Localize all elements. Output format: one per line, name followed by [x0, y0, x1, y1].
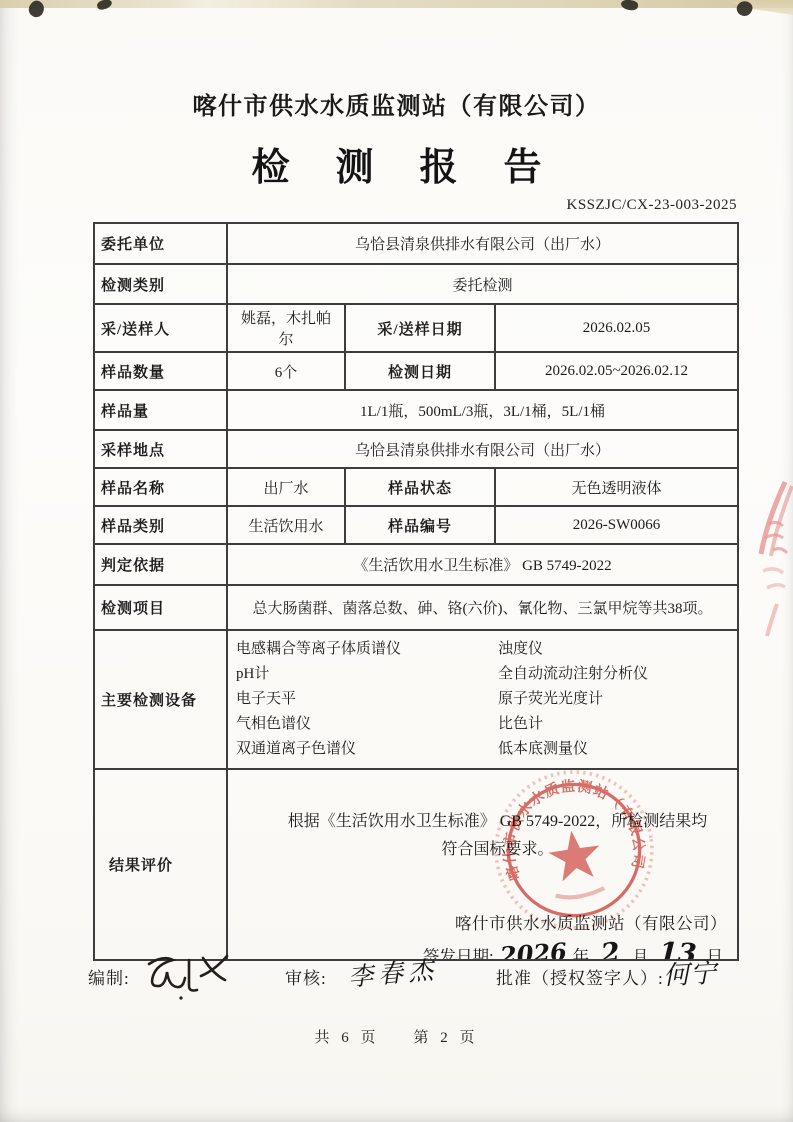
report-table: 委托单位 乌恰县清泉供排水有限公司（出厂水） 检测类别 委托检测 采/送样人 姚…: [93, 222, 739, 961]
table-row: 主要检测设备 电感耦合等离子体质谱仪 pH计 电子天平 气相色谱仪 双通道离子色…: [94, 630, 738, 769]
value-sample-state: 无色透明液体: [495, 468, 738, 506]
table-row: 结果评价 根据《生活饮用水卫生标准》 GB 5749-2022，所检测结果均符合…: [94, 769, 738, 960]
value-sampling-date: 2026.02.05: [495, 304, 738, 352]
value-result: 根据《生活饮用水卫生标准》 GB 5749-2022，所检测结果均符合国标要求。…: [227, 769, 738, 960]
equipment-item: 原子荧光光度计: [498, 687, 731, 712]
approve-signature: 何宁: [662, 953, 718, 993]
table-row: 判定依据 《生活饮用水卫生标准》 GB 5749-2022: [94, 544, 738, 585]
table-row: 检测项目 总大肠菌群、菌落总数、砷、铬(六价)、氰化物、三氯甲烷等共38项。: [94, 585, 738, 630]
table-row: 样品量 1L/1瓶，500mL/3瓶，3L/1桶，5L/1桶: [94, 390, 738, 430]
label-test-date: 检测日期: [345, 352, 495, 390]
label-judgment-basis: 判定依据: [94, 544, 227, 585]
label-sampler: 采/送样人: [94, 304, 227, 352]
equipment-column-right: 浊度仪 全自动流动注射分析仪 原子荧光光度计 比色计 低本底测量仪: [498, 637, 731, 762]
value-sample-no: 2026-SW0066: [495, 506, 738, 544]
scanned-page: 喀什市供水水质监测站（有限公司） 检测报告 KSSZJC/CX-23-003-2…: [0, 0, 793, 1122]
label-sample-no: 样品编号: [345, 506, 495, 544]
value-sample-name: 出厂水: [227, 468, 345, 506]
label-sampling-site: 采样地点: [94, 430, 227, 468]
review-label: 审核:: [285, 964, 327, 989]
preparer-signature-scribble: [143, 950, 238, 1002]
equipment-item: 双通道离子色谱仪: [236, 737, 498, 762]
equipment-column-left: 电感耦合等离子体质谱仪 pH计 电子天平 气相色谱仪 双通道离子色谱仪: [236, 637, 498, 762]
value-test-date: 2026.02.05~2026.02.12: [495, 352, 738, 390]
equipment-item: 电感耦合等离子体质谱仪: [236, 637, 498, 662]
label-test-items: 检测项目: [94, 585, 227, 630]
result-organization: 喀什市供水水质监测站（有限公司）: [455, 910, 727, 934]
value-judgment-basis: 《生活饮用水卫生标准》 GB 5749-2022: [227, 544, 738, 585]
value-sample-category: 生活饮用水: [227, 506, 345, 544]
label-sample-state: 样品状态: [345, 468, 495, 506]
signature-row: 编制: 审核: 李春杰 批准（授权签字人）: 何宁: [88, 952, 738, 1012]
review-signature: 李春杰: [347, 950, 440, 994]
equipment-columns: 电感耦合等离子体质谱仪 pH计 电子天平 气相色谱仪 双通道离子色谱仪 浊度仪 …: [234, 633, 731, 766]
label-sampling-date: 采/送样日期: [345, 304, 495, 352]
equipment-item: 比色计: [498, 712, 731, 737]
equipment-item: 气相色谱仪: [236, 712, 498, 737]
label-result: 结果评价: [94, 769, 227, 960]
label-sample-name: 样品名称: [94, 468, 227, 506]
table-row: 委托单位 乌恰县清泉供排水有限公司（出厂水）: [94, 223, 738, 264]
table-row: 样品名称 出厂水 样品状态 无色透明液体: [94, 468, 738, 506]
value-equipment: 电感耦合等离子体质谱仪 pH计 电子天平 气相色谱仪 双通道离子色谱仪 浊度仪 …: [227, 630, 738, 769]
table-row: 样品类别 生活饮用水 样品编号 2026-SW0066: [94, 506, 738, 544]
value-sample-count: 6个: [227, 352, 345, 390]
label-sample-category: 样品类别: [94, 506, 227, 544]
table-row: 样品数量 6个 检测日期 2026.02.05~2026.02.12: [94, 352, 738, 390]
report-title: 检测报告: [0, 136, 793, 191]
table-row: 采样地点 乌恰县清泉供排水有限公司（出厂水）: [94, 430, 738, 468]
report-title-text: 检测报告: [251, 147, 587, 189]
equipment-item: 电子天平: [236, 687, 498, 712]
table-row: 采/送样人 姚磊，木扎帕尔 采/送样日期 2026.02.05: [94, 304, 738, 352]
equipment-item: pH计: [236, 662, 498, 687]
value-sampling-site: 乌恰县清泉供排水有限公司（出厂水）: [227, 430, 738, 468]
label-sample-volume: 样品量: [94, 390, 227, 430]
value-sample-volume: 1L/1瓶，500mL/3瓶，3L/1桶，5L/1桶: [227, 390, 738, 430]
stamp-fragment-icon: [747, 476, 793, 641]
label-test-type: 检测类别: [94, 264, 227, 304]
value-test-items: 总大肠菌群、菌落总数、砷、铬(六价)、氰化物、三氯甲烷等共38项。: [227, 585, 738, 630]
total-pages: 共 6 页: [314, 1030, 379, 1046]
company-name: 喀什市供水水质监测站（有限公司）: [0, 86, 793, 121]
scan-edge-strip: [0, 0, 793, 8]
label-client: 委托单位: [94, 223, 227, 264]
value-sampler: 姚磊，木扎帕尔: [227, 304, 345, 352]
approve-label: 批准（授权签字人）:: [496, 964, 664, 989]
label-sample-count: 样品数量: [94, 352, 227, 390]
result-conclusion: 根据《生活饮用水卫生标准》 GB 5749-2022，所检测结果均符合国标要求。: [286, 808, 709, 864]
table-row: 检测类别 委托检测: [94, 264, 738, 304]
equipment-item: 浊度仪: [498, 637, 731, 662]
binding-mark-icon: [96, 0, 113, 11]
value-test-type: 委托检测: [227, 264, 738, 304]
report-number: KSSZJC/CX-23-003-2025: [566, 197, 737, 214]
binding-mark-icon: [620, 0, 638, 11]
equipment-item: 低本底测量仪: [498, 737, 731, 762]
page-footer: 共 6 页第 2 页: [0, 1026, 793, 1047]
label-equipment: 主要检测设备: [94, 630, 227, 769]
value-client: 乌恰县清泉供排水有限公司（出厂水）: [227, 223, 738, 264]
prepare-label: 编制:: [88, 964, 130, 989]
equipment-item: 全自动流动注射分析仪: [498, 662, 731, 687]
current-page: 第 2 页: [414, 1030, 479, 1046]
